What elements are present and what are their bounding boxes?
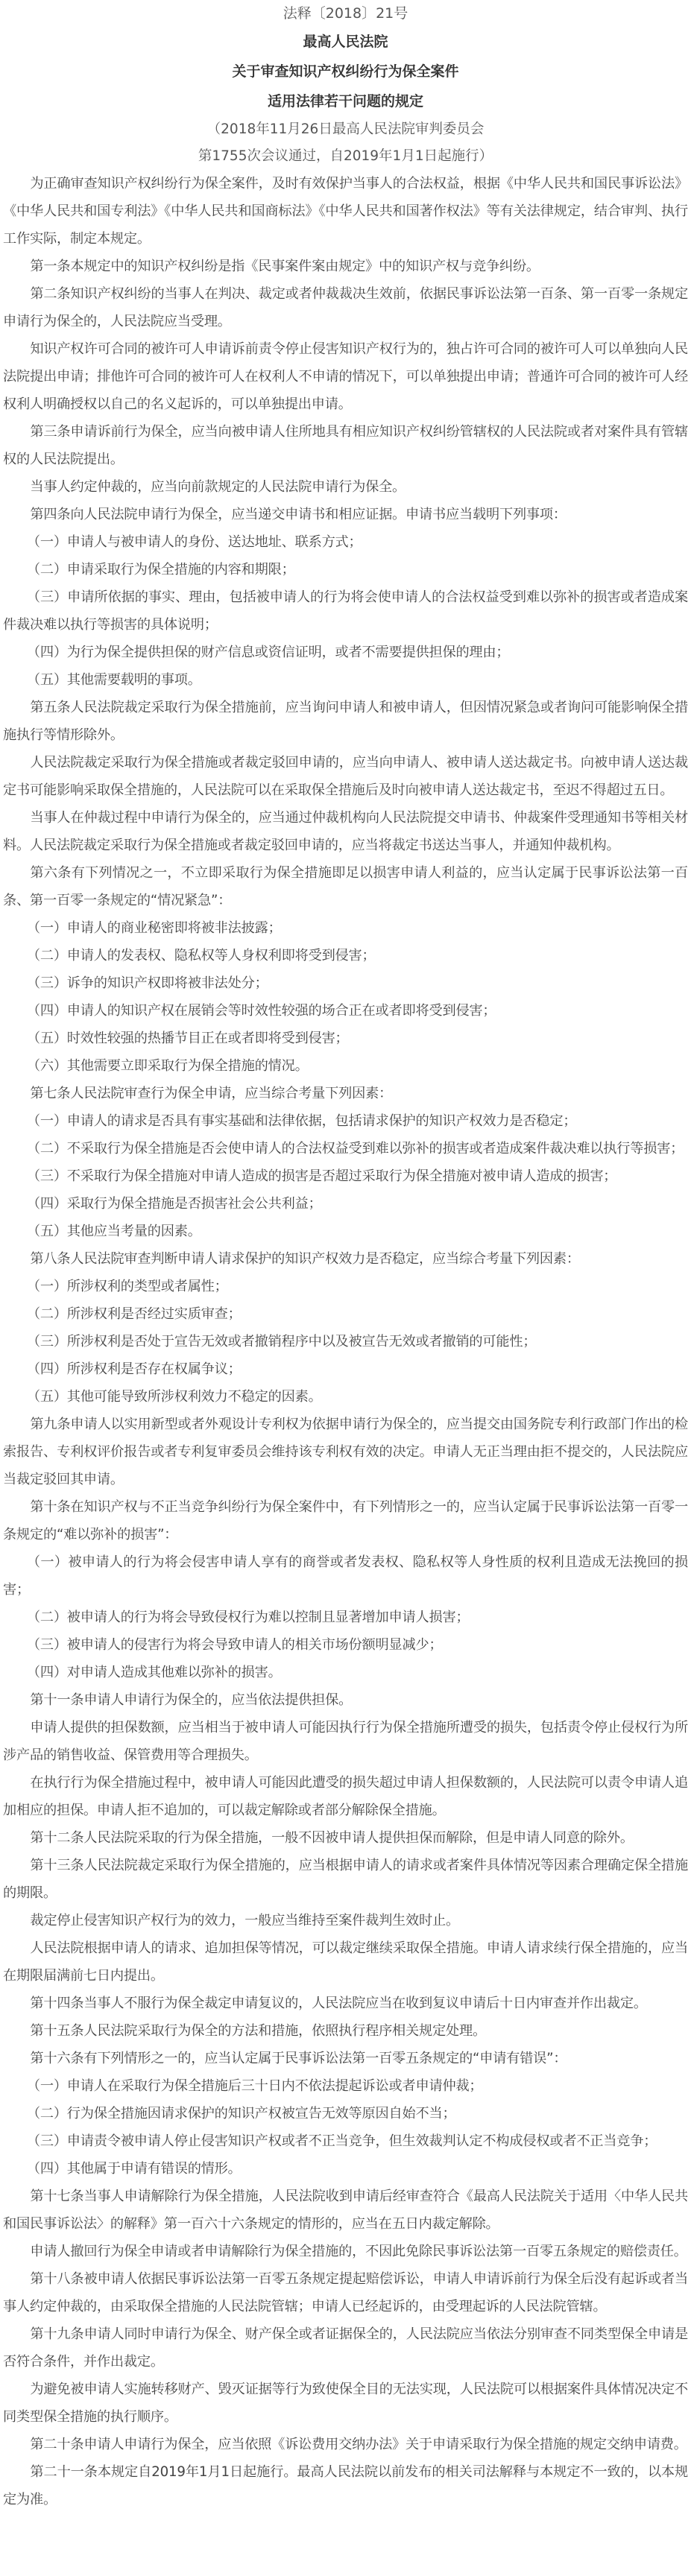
list-item: （一）申请人在采取行为保全措施后三十日内不依法提起诉讼或者申请仲裁； (3, 2072, 688, 2100)
paragraph: 第五条人民法院裁定采取行为保全措施前，应当询问申请人和被申请人，但因情况紧急或者… (3, 694, 688, 749)
paragraph: 当事人约定仲裁的，应当向前款规定的人民法院申请行为保全。 (3, 473, 688, 501)
list-item: （一）被申请人的行为将会侵害申请人享有的商誉或者发表权、隐私权等人身性质的权利且… (3, 1548, 688, 1604)
list-item: （五）时效性较强的热播节目正在或者即将受到侵害； (3, 1025, 688, 1052)
adoption-meta-line-1: （2018年11月26日最高人民法院审判委员会 (3, 116, 688, 143)
paragraph: 第十五条人民法院采取行为保全的方法和措施，依照执行程序相关规定处理。 (3, 2017, 688, 2045)
paragraph: 第七条人民法院审查行为保全申请，应当综合考量下列因素： (3, 1080, 688, 1107)
list-item: （三）申请所依据的事实、理由，包括被申请人的行为将会使申请人的合法权益受到难以弥… (3, 583, 688, 639)
paragraph: 知识产权许可合同的被许可人申请诉前责令停止侵害知识产权行为的，独占许可合同的被许… (3, 335, 688, 418)
paragraph: 第十条在知识产权与不正当竞争纠纷行为保全案件中，有下列情形之一的，应当认定属于民… (3, 1493, 688, 1548)
list-item: （四）为行为保全提供担保的财产信息或资信证明，或者不需要提供担保的理由； (3, 639, 688, 666)
paragraph: 第九条申请人以实用新型或者外观设计专利权为依据申请行为保全的，应当提交由国务院专… (3, 1411, 688, 1493)
paragraph: 第十三条人民法院裁定采取行为保全措施的，应当根据申请人的请求或者案件具体情况等因… (3, 1852, 688, 1907)
list-item: （四）申请人的知识产权在展销会等时效性较强的场合正在或者即将受到侵害； (3, 997, 688, 1025)
paragraph: 在执行行为保全措施过程中，被申请人可能因此遭受的损失超过申请人担保数额的，人民法… (3, 1769, 688, 1824)
paragraph: 为避免被申请人实施转移财产、毁灭证据等行为致使保全目的无法实现，人民法院可以根据… (3, 2376, 688, 2431)
list-item: （三）诉争的知识产权即将被非法处分； (3, 969, 688, 997)
list-item: （一）申请人的请求是否具有事实基础和法律依据，包括请求保护的知识产权效力是否稳定… (3, 1107, 688, 1135)
paragraph: 第一条本规定中的知识产权纠纷是指《民事案件案由规定》中的知识产权与竞争纠纷。 (3, 253, 688, 280)
paragraph: 第四条向人民法院申请行为保全，应当递交申请书和相应证据。申请书应当载明下列事项： (3, 501, 688, 528)
paragraph: 第二十条申请人申请行为保全，应当依照《诉讼费用交纳办法》关于申请采取行为保全措施… (3, 2431, 688, 2458)
paragraph: 第八条人民法院审查判断申请人请求保护的知识产权效力是否稳定，应当综合考量下列因素… (3, 1245, 688, 1273)
paragraph: 为正确审查知识产权纠纷行为保全案件，及时有效保护当事人的合法权益，根据《中华人民… (3, 170, 688, 253)
paragraph: 第十一条申请人申请行为保全的，应当依法提供担保。 (3, 1686, 688, 1714)
issuer-title: 最高人民法院 (3, 27, 688, 57)
paragraph: 人民法院裁定采取行为保全措施或者裁定驳回申请的，应当向申请人、被申请人送达裁定书… (3, 749, 688, 804)
regulation-title-line-1: 关于审查知识产权纠纷行为保全案件 (3, 57, 688, 86)
list-item: （三）不采取行为保全措施对申请人造成的损害是否超过采取行为保全措施对被申请人造成… (3, 1162, 688, 1190)
list-item: （四）所涉权利是否存在权属争议； (3, 1355, 688, 1383)
paragraph: 第三条申请诉前行为保全，应当向被申请人住所地具有相应知识产权纠纷管辖权的人民法院… (3, 418, 688, 473)
document-body: 为正确审查知识产权纠纷行为保全案件，及时有效保护当事人的合法权益，根据《中华人民… (3, 170, 688, 2513)
list-item: （四）对申请人造成其他难以弥补的损害。 (3, 1659, 688, 1686)
paragraph: 第十九条申请人同时申请行为保全、财产保全或者证据保全的，人民法院应当依法分别审查… (3, 2320, 688, 2376)
list-item: （二）申请采取行为保全措施的内容和期限； (3, 556, 688, 583)
list-item: （五）其他应当考量的因素。 (3, 1218, 688, 1245)
paragraph: 第十六条有下列情形之一的，应当认定属于民事诉讼法第一百零五条规定的“申请有错误”… (3, 2045, 688, 2072)
paragraph: 第十二条人民法院采取的行为保全措施，一般不因被申请人提供担保而解除，但是申请人同… (3, 1824, 688, 1852)
list-item: （二）行为保全措施因请求保护的知识产权被宣告无效等原因自始不当； (3, 2100, 688, 2127)
list-item: （四）其他属于申请有错误的情形。 (3, 2155, 688, 2183)
document-number: 法释〔2018〕21号 (3, 0, 688, 27)
adoption-meta-line-2: 第1755次会议通过，自2019年1月1日起施行） (3, 143, 688, 170)
document: 法释〔2018〕21号 最高人民法院 关于审查知识产权纠纷行为保全案件 适用法律… (0, 0, 691, 2513)
paragraph: 第十四条当事人不服行为保全裁定申请复议的，人民法院应当在收到复议申请后十日内审查… (3, 1990, 688, 2017)
paragraph: 当事人在仲裁过程中申请行为保全的，应当通过仲裁机构向人民法院提交申请书、仲裁案件… (3, 804, 688, 859)
paragraph: 申请人撤回行为保全申请或者申请解除行为保全措施的，不因此免除民事诉讼法第一百零五… (3, 2238, 688, 2265)
list-item: （四）采取行为保全措施是否损害社会公共利益； (3, 1190, 688, 1218)
list-item: （五）其他需要载明的事项。 (3, 666, 688, 694)
list-item: （一）申请人的商业秘密即将被非法披露； (3, 914, 688, 942)
list-item: （二）被申请人的行为将会导致侵权行为难以控制且显著增加申请人损害； (3, 1604, 688, 1631)
regulation-title-line-2: 适用法律若干问题的规定 (3, 86, 688, 116)
list-item: （一）所涉权利的类型或者属性； (3, 1273, 688, 1300)
paragraph: 第二十一条本规定自2019年1月1日起施行。最高人民法院以前发布的相关司法解释与… (3, 2458, 688, 2513)
paragraph: 申请人提供的担保数额，应当相当于被申请人可能因执行行为保全措施所遭受的损失，包括… (3, 1714, 688, 1769)
list-item: （二）申请人的发表权、隐私权等人身权利即将受到侵害； (3, 942, 688, 969)
list-item: （一）申请人与被申请人的身份、送达地址、联系方式； (3, 528, 688, 556)
list-item: （三）被申请人的侵害行为将会导致申请人的相关市场份额明显减少； (3, 1631, 688, 1659)
list-item: （二）所涉权利是否经过实质审查； (3, 1300, 688, 1328)
paragraph: 第二条知识产权纠纷的当事人在判决、裁定或者仲裁裁决生效前，依据民事诉讼法第一百条… (3, 280, 688, 335)
list-item: （三）所涉权利是否处于宣告无效或者撤销程序中以及被宣告无效或者撤销的可能性； (3, 1328, 688, 1355)
list-item: （二）不采取行为保全措施是否会使申请人的合法权益受到难以弥补的损害或者造成案件裁… (3, 1135, 688, 1162)
list-item: （三）申请责令被申请人停止侵害知识产权或者不正当竞争，但生效裁判认定不构成侵权或… (3, 2127, 688, 2155)
list-item: （五）其他可能导致所涉权利效力不稳定的因素。 (3, 1383, 688, 1411)
paragraph: 第十八条被申请人依据民事诉讼法第一百零五条规定提起赔偿诉讼，申请人申请诉前行为保… (3, 2265, 688, 2320)
paragraph: 裁定停止侵害知识产权行为的效力，一般应当维持至案件裁判生效时止。 (3, 1907, 688, 1934)
paragraph: 第十七条当事人申请解除行为保全措施，人民法院收到申请后经审查符合《最高人民法院关… (3, 2183, 688, 2238)
paragraph: 第六条有下列情况之一，不立即采取行为保全措施即足以损害申请人利益的，应当认定属于… (3, 859, 688, 914)
paragraph: 人民法院根据申请人的请求、追加担保等情况，可以裁定继续采取保全措施。申请人请求续… (3, 1934, 688, 1990)
list-item: （六）其他需要立即采取行为保全措施的情况。 (3, 1052, 688, 1080)
